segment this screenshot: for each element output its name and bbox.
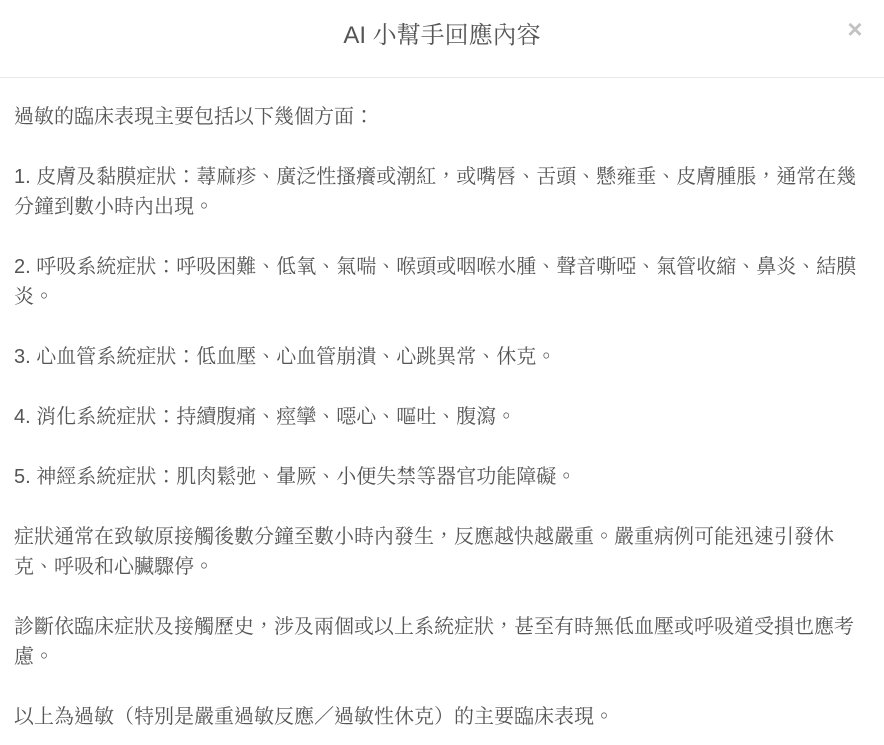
- diagnosis-paragraph: 診斷依臨床症狀及接觸歷史，涉及兩個或以上系統症狀，甚至有時無低血壓或呼吸道受損也…: [14, 612, 870, 672]
- symptom-digestive-paragraph: 4. 消化系統症狀：持續腹痛、痙攣、噁心、嘔吐、腹瀉。: [14, 402, 870, 432]
- symptom-skin-mucosa-paragraph: 1. 皮膚及黏膜症狀：蕁麻疹、廣泛性搔癢或潮紅，或嘴唇、舌頭、懸雍垂、皮膚腫脹，…: [14, 162, 870, 222]
- intro-paragraph: 過敏的臨床表現主要包括以下幾個方面：: [14, 102, 870, 132]
- onset-severity-paragraph: 症狀通常在致敏原接觸後數分鐘至數小時內發生，反應越快越嚴重。嚴重病例可能迅速引發…: [14, 522, 870, 582]
- close-icon: ×: [842, 16, 868, 42]
- dialog-body: 過敏的臨床表現主要包括以下幾個方面： 1. 皮膚及黏膜症狀：蕁麻疹、廣泛性搔癢或…: [0, 78, 884, 732]
- close-button[interactable]: ×: [842, 16, 868, 42]
- symptom-respiratory-paragraph: 2. 呼吸系統症狀：呼吸困難、低氧、氣喘、喉頭或咽喉水腫、聲音嘶啞、氣管收縮、鼻…: [14, 252, 870, 312]
- symptom-neurological-paragraph: 5. 神經系統症狀：肌肉鬆弛、暈厥、小便失禁等器官功能障礙。: [14, 462, 870, 492]
- summary-paragraph: 以上為過敏（特別是嚴重過敏反應／過敏性休克）的主要臨床表現。: [14, 702, 870, 732]
- dialog-header: AI 小幫手回應內容 ×: [0, 0, 884, 78]
- symptom-cardiovascular-paragraph: 3. 心血管系統症狀：低血壓、心血管崩潰、心跳異常、休克。: [14, 342, 870, 372]
- ai-helper-response-dialog: AI 小幫手回應內容 × 過敏的臨床表現主要包括以下幾個方面： 1. 皮膚及黏膜…: [0, 0, 884, 745]
- dialog-title: AI 小幫手回應內容: [0, 23, 884, 48]
